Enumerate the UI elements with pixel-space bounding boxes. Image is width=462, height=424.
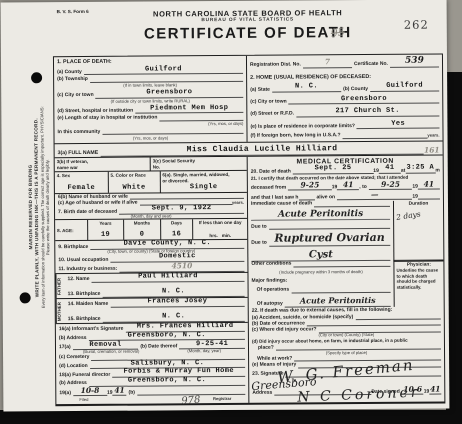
due-to-2-label: Due to xyxy=(251,241,267,247)
age-years-value: 19 xyxy=(90,231,122,239)
other-conditions-label: Other conditions xyxy=(251,262,291,268)
binding-margin: MARGIN RESERVED FOR BINDING WRITE PLAINL… xyxy=(27,8,53,406)
home-heading: 2. HOME (USUAL RESIDENCE) OF DECEASED: xyxy=(247,71,442,80)
duration-box: Duration 2 days xyxy=(393,200,443,260)
dod-m: m xyxy=(435,168,439,174)
reg-dist-mark: 7 xyxy=(325,58,330,67)
veteran-label2: name war xyxy=(57,165,148,171)
home-street-value: 217 Church St. xyxy=(335,107,399,115)
veteran-label: 3(b) If veteran, xyxy=(57,159,148,165)
autopsy-value: Acute Peritonitis xyxy=(300,295,376,306)
township-value xyxy=(90,76,243,83)
occupation-value: Domestic xyxy=(159,253,196,261)
mother-name-label: 14. Maiden Name xyxy=(68,302,109,308)
alive-on-label: alive on xyxy=(316,195,335,201)
age-years-label: Years xyxy=(90,221,122,226)
dod-year: 41 xyxy=(385,164,394,172)
street-value: Piedmont Mem Hosp xyxy=(150,104,228,113)
filed-hint: Filed xyxy=(79,397,88,401)
township-label: (b) Township xyxy=(57,77,88,83)
operations-value xyxy=(291,287,391,294)
funeral-director-addr-value: Greensboro, N. C. xyxy=(128,376,206,385)
county-label: (a) County xyxy=(57,70,82,76)
age-hrs-label: hrs. xyxy=(209,233,217,238)
date-signed-year: 41 xyxy=(430,384,441,393)
cert-no-label: Certificate No. xyxy=(354,62,388,68)
certificate-form: B. V. S. Form 6 NORTH CAROLINA STATE BOA… xyxy=(53,3,446,404)
due-to-1-label: Due to xyxy=(251,225,267,231)
filed-label: 19(a) xyxy=(59,391,71,397)
marital-value: Single xyxy=(162,183,244,192)
foreign-born-value xyxy=(342,133,427,140)
attended-from-value: 9-25 xyxy=(300,180,319,189)
sex-value: Female xyxy=(57,184,106,192)
other-conditions-hint: (Include pregnancy within 3 months of de… xyxy=(279,270,363,275)
due-to-2-value-cont: Cyst xyxy=(309,249,333,260)
ssn-label: 3(c) Social Security xyxy=(153,158,245,164)
major-findings-label: Major findings: xyxy=(252,279,288,285)
full-name-label: 3(a) FULL NAME xyxy=(58,151,99,157)
duration-label: Duration xyxy=(396,201,441,206)
disposition-value: Removal xyxy=(89,340,121,348)
county-value: Guilford xyxy=(145,65,182,73)
attended-to-label: , to xyxy=(359,185,367,191)
age-days-value: 16 xyxy=(163,231,191,239)
age-less-label: If less than one day xyxy=(195,220,245,225)
cert-no-value: 539 xyxy=(405,56,424,66)
stay-hint: (Yrs, mos, or days) xyxy=(208,122,243,126)
mother-name-value: Frances Josey xyxy=(148,297,208,305)
physician-note-box: Physician: Underline the cause to which … xyxy=(393,260,443,306)
attended-to-value: 9-25 xyxy=(381,179,400,188)
cemetery-location-value: Salisbury, N. C. xyxy=(131,359,205,368)
father-section-label: FATHER xyxy=(55,274,64,298)
immediate-cause-value: Acute Peritonitis xyxy=(278,209,363,220)
mother-birthplace-value: N. C. xyxy=(162,312,185,320)
alive-on-value: — xyxy=(371,190,379,199)
corporate-limits-label: (e) Is place of residence in corporate l… xyxy=(250,124,355,130)
due-to-2-value: Ruptured Ovarian xyxy=(274,231,385,245)
page-number: 262 xyxy=(404,18,429,32)
personal-section: 3(b) If veteran, name war 3(c) Social Se… xyxy=(55,157,250,404)
corporate-limits-value: Yes xyxy=(391,119,405,127)
duration-value: 2 days xyxy=(396,206,442,221)
full-name-value: Miss Claudia Lucille Hilliard xyxy=(187,144,338,154)
pencil-4510: 4510 xyxy=(171,261,192,270)
home-residence-section: Registration Dist. No. 7 Certificate No.… xyxy=(247,54,443,141)
due-to-1-value xyxy=(269,223,390,230)
age-months-value: 0 xyxy=(126,231,158,239)
dod-time: 3:25 A xyxy=(406,164,434,172)
medical-certification-section: MEDICAL CERTIFICATION 20. Date of death … xyxy=(248,155,445,402)
home-street-label: (d) Street or R.F.D. xyxy=(250,112,294,118)
injury-place-label2: place? xyxy=(252,345,274,351)
ssn-label2: No. xyxy=(153,164,245,170)
father-name-value: Paul Hilliard xyxy=(138,272,198,280)
birthdate-value: Sept. 9, 1922 xyxy=(152,204,212,212)
certificate-title: CERTIFICATE OF DEATH xyxy=(53,23,443,43)
margin-causes-note: Please write the causes of death clearly… xyxy=(45,8,53,406)
age-months-label: Months xyxy=(126,221,158,226)
age-label: 8. AGE: xyxy=(57,228,85,233)
disposition-date-value: 9-25-41 xyxy=(196,339,228,347)
registrar-hint: Registrar xyxy=(213,396,231,400)
immediate-cause-label: Immediate cause of death xyxy=(251,201,312,207)
scan-edge-bottom xyxy=(0,410,462,424)
community-label: In this community xyxy=(57,130,100,136)
birthplace-value: Davie County, N. C. xyxy=(124,240,211,249)
foreign-born-label: (f) If foreign born, how long in U.S.A.? xyxy=(251,134,341,140)
city-value: Greensboro xyxy=(146,88,192,96)
to-year: 41 xyxy=(424,179,435,188)
informant-sig-value: Mrs. Frances Hilliard xyxy=(137,322,234,331)
autopsy-label: Of autopsy xyxy=(257,302,283,308)
home-city-value: Greensboro xyxy=(341,95,387,103)
city-label: (c) City or town xyxy=(57,93,93,99)
other-conditions-value xyxy=(293,261,390,268)
registrar-label: (b) xyxy=(129,391,135,397)
reg-dist-label: Registration Dist. No. xyxy=(250,63,301,69)
place-of-death-section: 1. PLACE OF DEATH: (a) County Guilford (… xyxy=(54,56,248,143)
race-value: White xyxy=(111,184,158,192)
informant-addr-value: Greensboro, N. C. xyxy=(128,331,206,340)
home-county-value: Guilford xyxy=(386,82,423,90)
filed-date-value: 10-8 xyxy=(81,386,100,395)
from-year: 41 xyxy=(343,180,354,189)
foreign-born-hint: years. xyxy=(427,134,439,139)
home-state-label: (a) State xyxy=(250,87,270,93)
funeral-director-value: Forbis & Murray Fun Home xyxy=(123,367,233,376)
home-state-value: N. C. xyxy=(295,83,318,91)
sex-label: 4. Sex xyxy=(57,173,106,178)
physician-signature-block: 23. Signature Address Date signed 10-6 1… xyxy=(249,367,444,402)
age-min-label: min. xyxy=(222,233,231,238)
date-of-death-label: 20. Date of death xyxy=(251,169,291,175)
race-label: 5. Color or Race xyxy=(111,173,158,178)
mother-birthplace-label: 15. Birthplace xyxy=(68,317,101,323)
place-heading: 1. PLACE OF DEATH: xyxy=(54,56,246,65)
attended-from-label: deceased from xyxy=(251,185,286,191)
date-of-death-value: Sept. 25 xyxy=(315,165,352,173)
community-hint: (Yrs, mos, or days) xyxy=(133,136,168,140)
form-body: 1. PLACE OF DEATH: (a) County Guilford (… xyxy=(53,53,445,406)
filed-year-value: 41 xyxy=(114,386,125,395)
street-label: (d) Street, hospital or institution xyxy=(57,109,133,115)
home-county-label: (b) County xyxy=(343,87,368,93)
stay-label: (e) Length of stay in hospital or instit… xyxy=(57,116,157,122)
father-name-label: 12. Name xyxy=(67,277,89,283)
form-number: B. V. S. Form 6 xyxy=(57,9,89,14)
age-days-label: Days xyxy=(163,221,191,226)
home-city-label: (c) City or town xyxy=(250,99,286,105)
faded-stamp: 95 xyxy=(330,25,345,39)
pencil-161: 161 xyxy=(424,146,440,154)
physician-note-text: Underline the cause to which death shoul… xyxy=(396,267,441,290)
pencil-978: 978 xyxy=(181,395,201,407)
operations-label: Of operations xyxy=(257,288,290,294)
form-header: B. V. S. Form 6 NORTH CAROLINA STATE BOA… xyxy=(53,3,443,56)
father-birthplace-value: N. C. xyxy=(162,287,185,295)
certificate-paper: MARGIN RESERVED FOR BINDING WRITE PLAINL… xyxy=(1,0,450,412)
community-value xyxy=(102,128,243,135)
mother-section-label: MOTHER xyxy=(56,299,65,323)
